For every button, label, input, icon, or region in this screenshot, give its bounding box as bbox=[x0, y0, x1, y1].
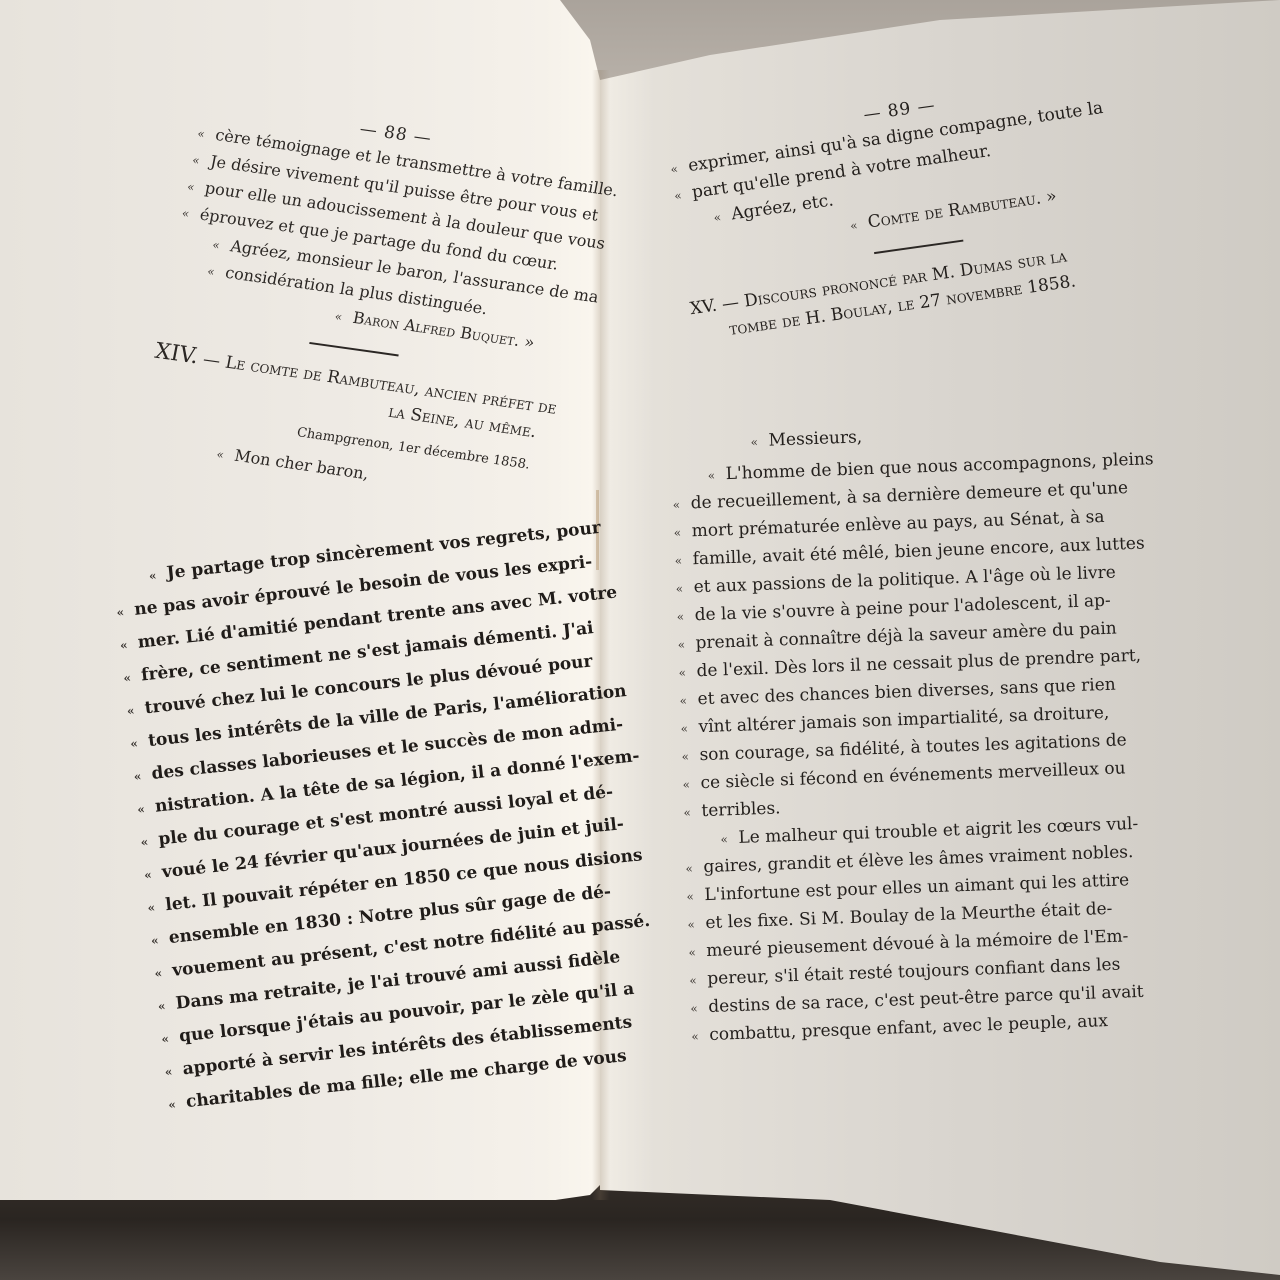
section-divider bbox=[309, 342, 399, 356]
section-divider bbox=[874, 240, 963, 255]
left-page-body: «Je partage trop sincèrement vos regrets… bbox=[111, 519, 587, 1121]
left-page-upper-text: — 88 — «cère témoignage et le transmettr… bbox=[134, 95, 591, 514]
right-page-body: «Messieurs, «L'homme de bien que nous ac… bbox=[670, 409, 1162, 1051]
